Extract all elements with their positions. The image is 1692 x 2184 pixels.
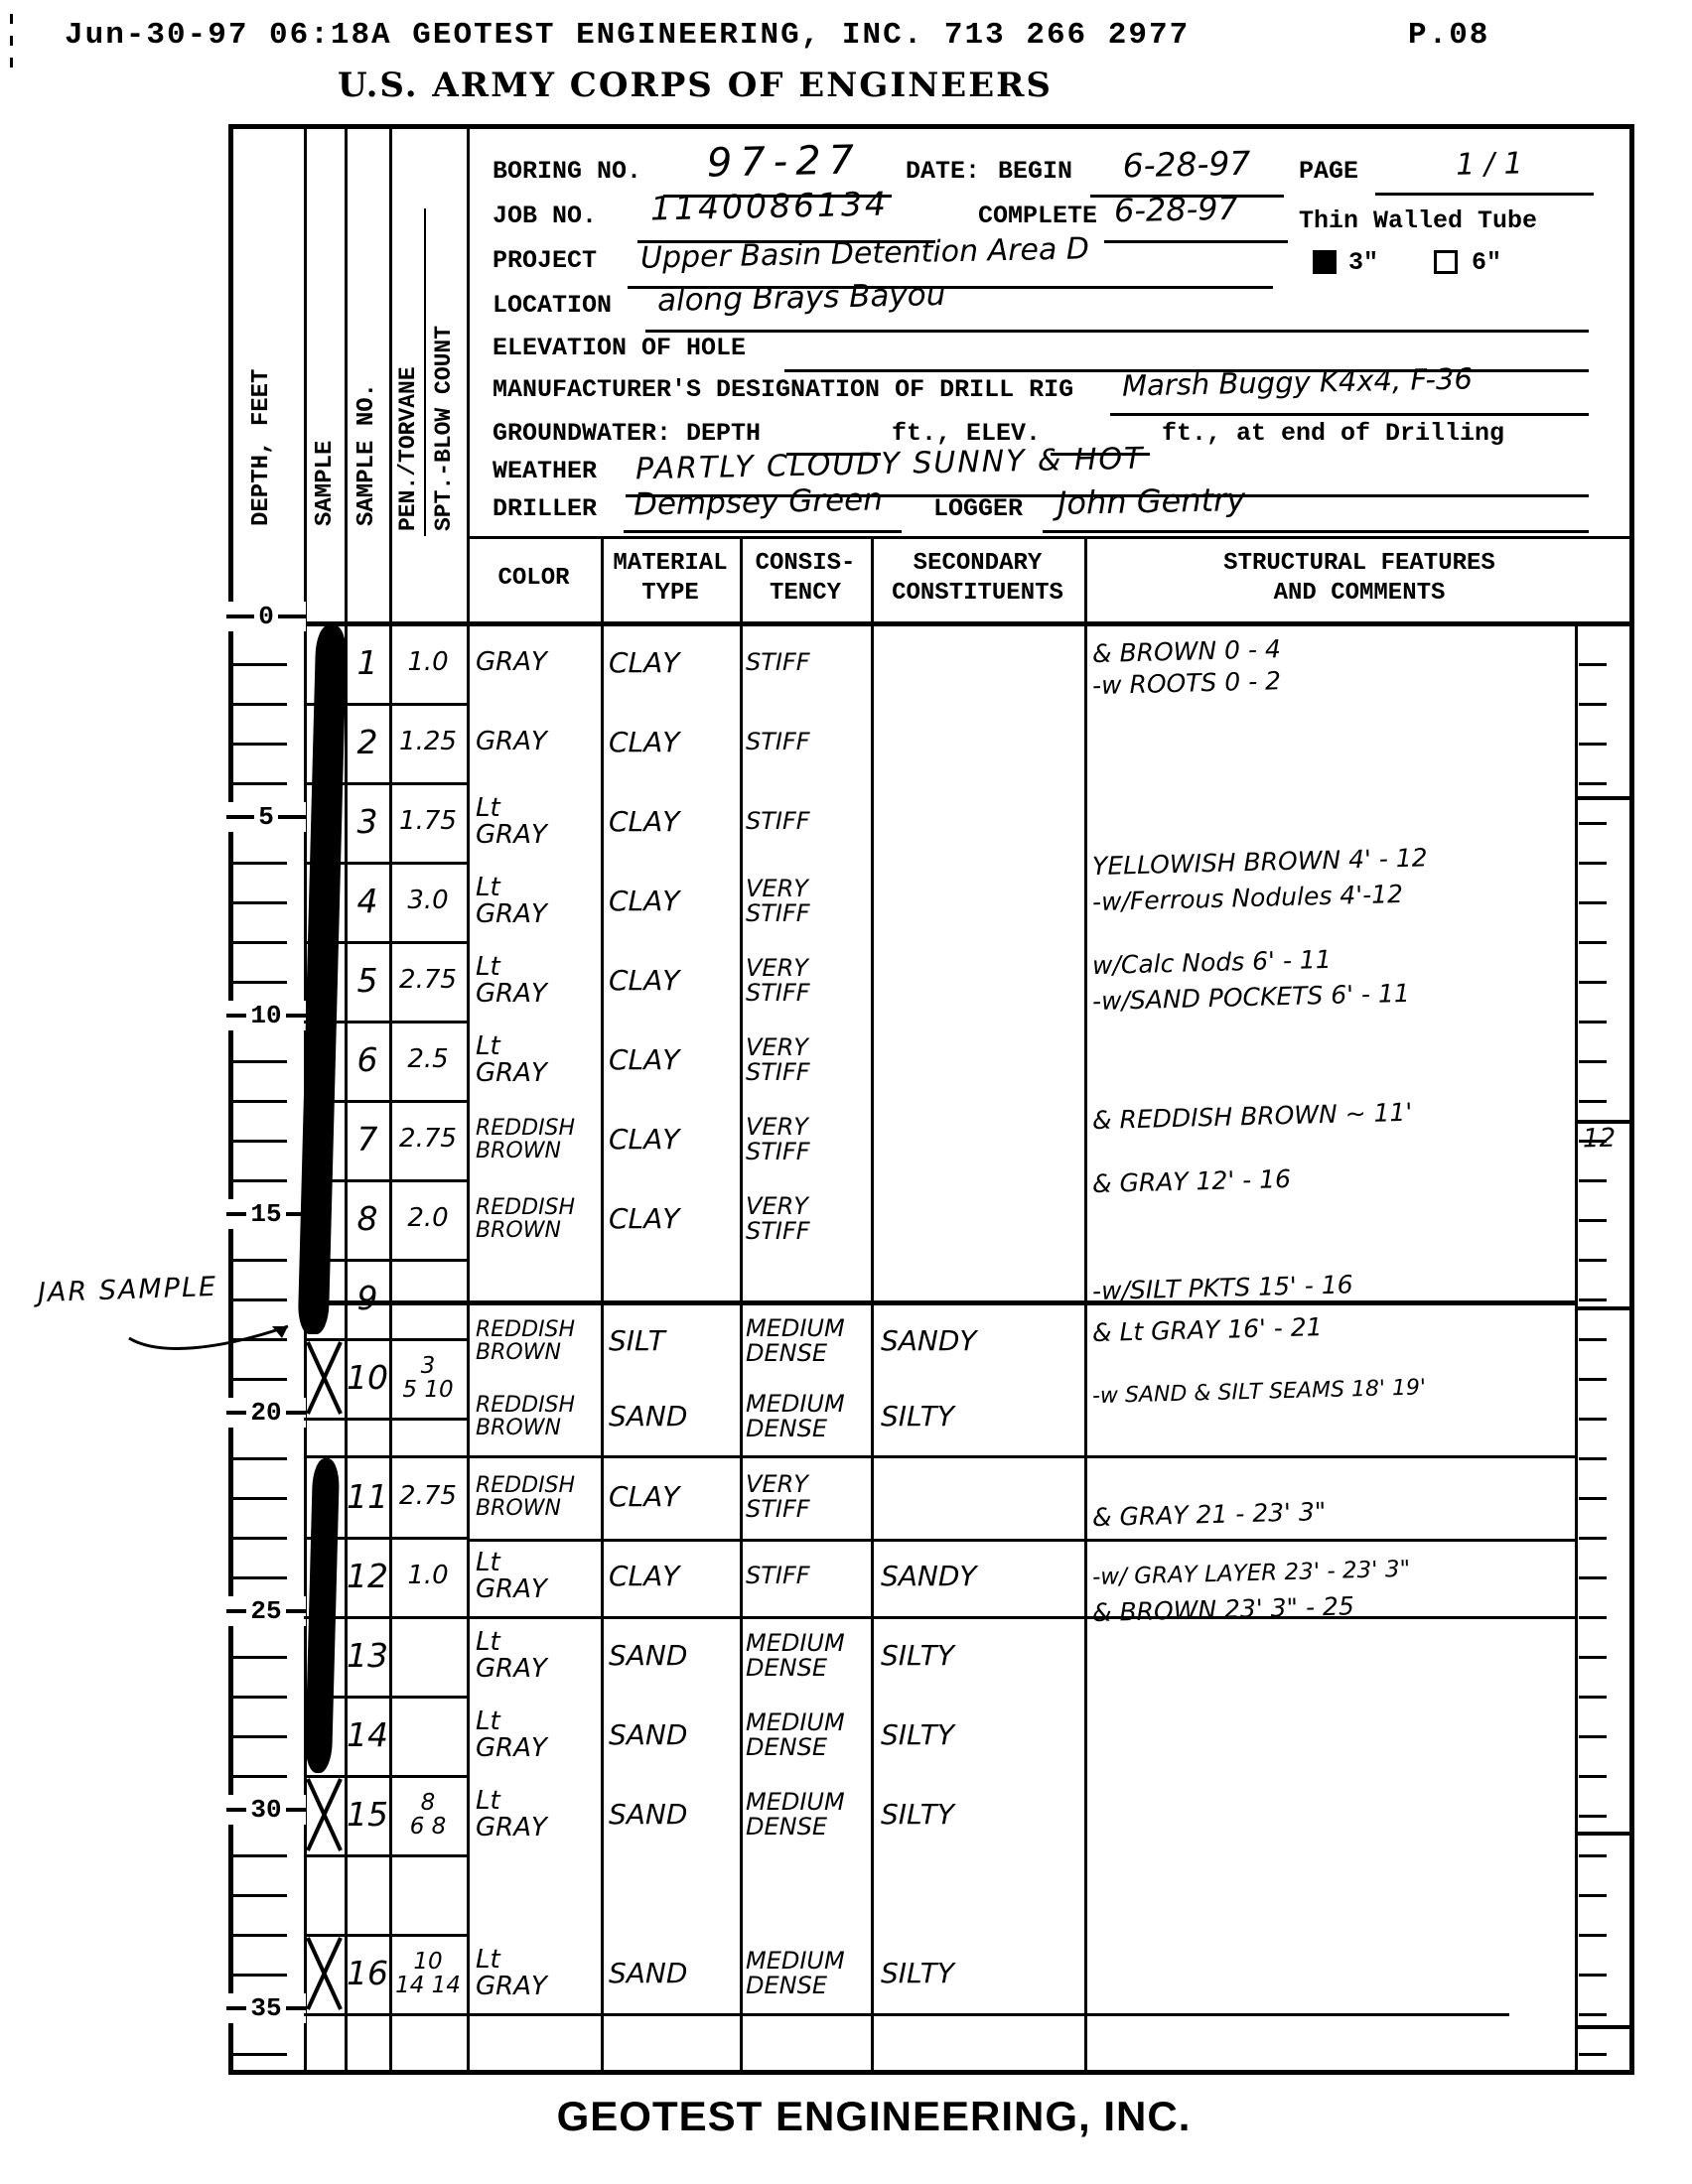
grid-line bbox=[601, 536, 604, 2075]
begin-label: BEGIN bbox=[998, 157, 1072, 186]
sample-no: 13 bbox=[347, 1616, 388, 1696]
color-value: Lt GRAY bbox=[476, 1775, 599, 1854]
depth-label-text: 5 bbox=[258, 802, 274, 832]
depth-label-15: 15 bbox=[226, 1199, 306, 1229]
date-label: DATE: bbox=[906, 157, 980, 186]
tube-6in-checkbox-unchecked bbox=[1434, 250, 1458, 274]
consistency-value: STIFF bbox=[746, 703, 869, 782]
consistency-value: STIFF bbox=[746, 623, 869, 703]
grid-line bbox=[424, 208, 426, 536]
scanned-boring-log-page: { "fax": { "line": "Jun-30-97 06:18A GEO… bbox=[0, 0, 1692, 2184]
secondary-value: SILTY bbox=[881, 1616, 1079, 1696]
secondary-value: SILTY bbox=[881, 1934, 1079, 2013]
sample-no: 11 bbox=[347, 1457, 388, 1537]
consistency-value: VERY STIFF bbox=[746, 1021, 869, 1100]
right-scale-segment-line bbox=[1575, 796, 1634, 800]
thin-walled-tube-label: Thin Walled Tube bbox=[1299, 206, 1537, 235]
page-label: PAGE bbox=[1299, 157, 1358, 186]
consistency-value: MEDIUM DENSE bbox=[746, 1934, 869, 2013]
material-value: SAND bbox=[609, 1775, 738, 1854]
depth-label-35: 35 bbox=[226, 1993, 306, 2023]
pen-torvane-value: 2.75 bbox=[391, 941, 465, 1021]
color-value: GRAY bbox=[476, 703, 599, 782]
pen-torvane-value: 2.75 bbox=[391, 1100, 465, 1179]
elevation-label: ELEVATION OF HOLE bbox=[493, 334, 746, 362]
consistency-value: MEDIUM DENSE bbox=[746, 1616, 869, 1696]
color-value: REDDISH BROWN bbox=[476, 1100, 599, 1179]
secondary-value: SILTY bbox=[881, 1379, 1079, 1454]
project-label: PROJECT bbox=[493, 246, 597, 275]
right-margin-note: 12 bbox=[1583, 1124, 1617, 1155]
consistency-value: VERY STIFF bbox=[746, 1100, 869, 1179]
secondary-value: SANDY bbox=[881, 1303, 1079, 1379]
secondary-value: SILTY bbox=[881, 1696, 1079, 1775]
consistency-value: STIFF bbox=[746, 1537, 869, 1616]
begin-date-value: 6-28-97 bbox=[1097, 143, 1277, 186]
sample-no: 5 bbox=[347, 941, 388, 1021]
sample-no: 7 bbox=[347, 1100, 388, 1179]
material-value: CLAY bbox=[609, 941, 738, 1021]
groundwater-label: GROUNDWATER: DEPTH bbox=[493, 419, 761, 448]
footer-company-name: GEOTEST ENGINEERING, INC. bbox=[228, 2093, 1519, 2140]
sample-no: 16 bbox=[347, 1934, 388, 2013]
fax-header-line: Jun-30-97 06:18A GEOTEST ENGINEERING, IN… bbox=[65, 18, 1190, 53]
sample-no: 10 bbox=[347, 1338, 388, 1418]
jar-sample-note: JAR SAMPLE bbox=[38, 1272, 218, 1308]
row-separator bbox=[304, 1418, 467, 1421]
color-value: Lt GRAY bbox=[476, 941, 599, 1021]
pen-torvane-value: 1.0 bbox=[391, 623, 465, 703]
material-value: SAND bbox=[609, 1616, 738, 1696]
fax-edge-marks bbox=[10, 14, 13, 73]
side-label-pen-torvane: PEN./TORVANE bbox=[395, 194, 421, 531]
color-value: REDDISH BROWN bbox=[476, 1379, 599, 1454]
color-value: Lt GRAY bbox=[476, 1021, 599, 1100]
pen-torvane-value: 1.25 bbox=[391, 703, 465, 782]
consistency-value: MEDIUM DENSE bbox=[746, 1379, 869, 1454]
column-header-secondary: SECONDARY CONSTITUENTS bbox=[871, 536, 1084, 621]
depth-label-25: 25 bbox=[226, 1596, 306, 1626]
boring-no-value: 97-27 bbox=[685, 137, 885, 187]
job-no-value: 1140086134 bbox=[650, 184, 890, 227]
material-value: CLAY bbox=[609, 1457, 738, 1537]
grid-line bbox=[740, 536, 743, 2075]
field-underline bbox=[1375, 193, 1594, 196]
tube-3in-checkbox-checked bbox=[1313, 250, 1337, 274]
depth-label-text: 20 bbox=[250, 1398, 281, 1428]
material-value: SAND bbox=[609, 1934, 738, 2013]
sample-no: 1 bbox=[347, 623, 388, 703]
location-label: LOCATION bbox=[493, 291, 612, 320]
color-value: Lt GRAY bbox=[476, 1696, 599, 1775]
tube-6in-label: 6" bbox=[1472, 248, 1501, 277]
grid-line bbox=[467, 124, 470, 2075]
field-underline bbox=[1043, 530, 1589, 533]
spt-blow-count-value: 8 6 8 bbox=[391, 1775, 465, 1854]
pen-torvane-value: 3.0 bbox=[391, 862, 465, 941]
pen-torvane-value: 2.75 bbox=[391, 1457, 465, 1537]
consistency-value: VERY STIFF bbox=[746, 1179, 869, 1259]
stratum-boundary-line bbox=[389, 2013, 1509, 2016]
depth-label-text: 25 bbox=[250, 1596, 281, 1626]
boring-no-label: BORING NO. bbox=[493, 157, 641, 186]
sample-no: 12 bbox=[347, 1537, 388, 1616]
field-underline bbox=[624, 530, 902, 533]
spt-sample-x-mark bbox=[304, 1775, 345, 1854]
material-value: CLAY bbox=[609, 1179, 738, 1259]
side-label-depth-feet: DEPTH, FEET bbox=[248, 199, 275, 526]
column-header-features: STRUCTURAL FEATURES AND COMMENTS bbox=[1084, 536, 1634, 621]
right-scale-segment-line bbox=[1575, 1832, 1634, 1836]
depth-label-text: 10 bbox=[250, 1001, 281, 1030]
consistency-value: MEDIUM DENSE bbox=[746, 1303, 869, 1379]
sample-no: 15 bbox=[347, 1775, 388, 1854]
depth-label-text: 35 bbox=[250, 1993, 281, 2023]
jar-sample-arrow bbox=[99, 1308, 308, 1358]
spt-blow-count-value: 3 5 10 bbox=[391, 1338, 465, 1418]
right-scale-tick-marks bbox=[1579, 663, 1607, 2063]
depth-label-30: 30 bbox=[226, 1795, 306, 1825]
side-label-spt-blow-count: SPT.-BLOW COUNT bbox=[431, 154, 457, 531]
material-value: CLAY bbox=[609, 782, 738, 862]
color-value: REDDISH BROWN bbox=[476, 1179, 599, 1259]
grid-line bbox=[871, 536, 874, 2075]
column-header-material-type: MATERIAL TYPE bbox=[601, 536, 740, 621]
material-value: CLAY bbox=[609, 1021, 738, 1100]
depth-label-20: 20 bbox=[226, 1398, 306, 1428]
color-value: Lt GRAY bbox=[476, 862, 599, 941]
sample-no: 9 bbox=[347, 1259, 388, 1338]
pen-torvane-value: 2.0 bbox=[391, 1179, 465, 1259]
weather-label: WEATHER bbox=[493, 457, 597, 485]
depth-label-5: 5 bbox=[226, 802, 306, 832]
job-no-label: JOB NO. bbox=[493, 202, 597, 230]
fax-page-number: P.08 bbox=[1408, 18, 1489, 53]
spt-blow-count-value: 10 14 14 bbox=[391, 1934, 465, 2013]
sample-no: 4 bbox=[347, 862, 388, 941]
secondary-value: SANDY bbox=[881, 1537, 1079, 1616]
side-label-sample: SAMPLE bbox=[312, 298, 339, 526]
depth-label-text: 0 bbox=[258, 602, 274, 631]
sample-no: 3 bbox=[347, 782, 388, 862]
field-underline bbox=[1110, 413, 1589, 416]
spt-sample-x-mark bbox=[304, 1934, 345, 2013]
material-value: CLAY bbox=[609, 1100, 738, 1179]
drill-rig-label: MANUFACTURER'S DESIGNATION OF DRILL RIG bbox=[493, 375, 1073, 404]
logger-label: LOGGER bbox=[933, 494, 1023, 523]
color-value: Lt GRAY bbox=[476, 1537, 599, 1616]
pen-torvane-value: 1.0 bbox=[391, 1537, 465, 1616]
color-value: GRAY bbox=[476, 623, 599, 703]
driller-label: DRILLER bbox=[493, 494, 597, 523]
groundwater-end-label: ft., at end of Drilling bbox=[1162, 419, 1504, 448]
field-underline bbox=[645, 330, 1589, 333]
sample-no: 14 bbox=[347, 1696, 388, 1775]
sample-no: 8 bbox=[347, 1179, 388, 1259]
grid-line bbox=[1575, 623, 1578, 2075]
spt-sample-x-mark bbox=[304, 1338, 345, 1418]
right-scale-segment-line bbox=[1575, 2025, 1634, 2029]
depth-label-0: 0 bbox=[226, 602, 306, 631]
tube-3in-label: 3" bbox=[1348, 248, 1378, 277]
consistency-value: MEDIUM DENSE bbox=[746, 1775, 869, 1854]
right-scale-segment-line bbox=[1575, 1306, 1634, 1310]
depth-label-text: 30 bbox=[250, 1795, 281, 1825]
page-value: 1 / 1 bbox=[1390, 145, 1590, 184]
consistency-value: VERY STIFF bbox=[746, 941, 869, 1021]
color-value: Lt GRAY bbox=[476, 782, 599, 862]
color-value: Lt GRAY bbox=[476, 1934, 599, 2013]
material-value: SAND bbox=[609, 1696, 738, 1775]
field-underline bbox=[1104, 240, 1288, 243]
sample-no: 6 bbox=[347, 1021, 388, 1100]
pen-torvane-value: 1.75 bbox=[391, 782, 465, 862]
consistency-value: VERY STIFF bbox=[746, 862, 869, 941]
complete-label: COMPLETE bbox=[978, 202, 1097, 230]
color-value: REDDISH BROWN bbox=[476, 1457, 599, 1537]
consistency-value: STIFF bbox=[746, 782, 869, 862]
material-value: CLAY bbox=[609, 623, 738, 703]
driller-value: Dempsey Green bbox=[634, 481, 884, 522]
pen-torvane-value: 2.5 bbox=[391, 1021, 465, 1100]
consistency-value: VERY STIFF bbox=[746, 1457, 869, 1537]
color-value: REDDISH BROWN bbox=[476, 1303, 599, 1379]
document-title: U.S. ARMY CORPS OF ENGINEERS bbox=[228, 66, 1162, 105]
material-value: CLAY bbox=[609, 862, 738, 941]
secondary-value: SILTY bbox=[881, 1775, 1079, 1854]
material-value: SILT bbox=[609, 1303, 738, 1379]
complete-date-value: 6-28-97 bbox=[1114, 190, 1239, 230]
row-separator bbox=[304, 1854, 467, 1857]
material-value: CLAY bbox=[609, 703, 738, 782]
material-value: SAND bbox=[609, 1379, 738, 1454]
sample-no: 2 bbox=[347, 703, 388, 782]
grid-line bbox=[1084, 536, 1087, 2075]
consistency-value: MEDIUM DENSE bbox=[746, 1696, 869, 1775]
column-header-consistency: CONSIS- TENCY bbox=[740, 536, 871, 621]
logger-value: John Gentry bbox=[1057, 480, 1246, 522]
material-value: CLAY bbox=[609, 1537, 738, 1616]
color-value: Lt GRAY bbox=[476, 1616, 599, 1696]
location-value: along Brays Bayou bbox=[657, 277, 946, 319]
column-header-color: COLOR bbox=[467, 536, 601, 621]
side-label-sample-no: SAMPLE NO. bbox=[353, 248, 380, 526]
depth-label-text: 15 bbox=[250, 1199, 281, 1229]
depth-label-10: 10 bbox=[226, 1001, 306, 1030]
